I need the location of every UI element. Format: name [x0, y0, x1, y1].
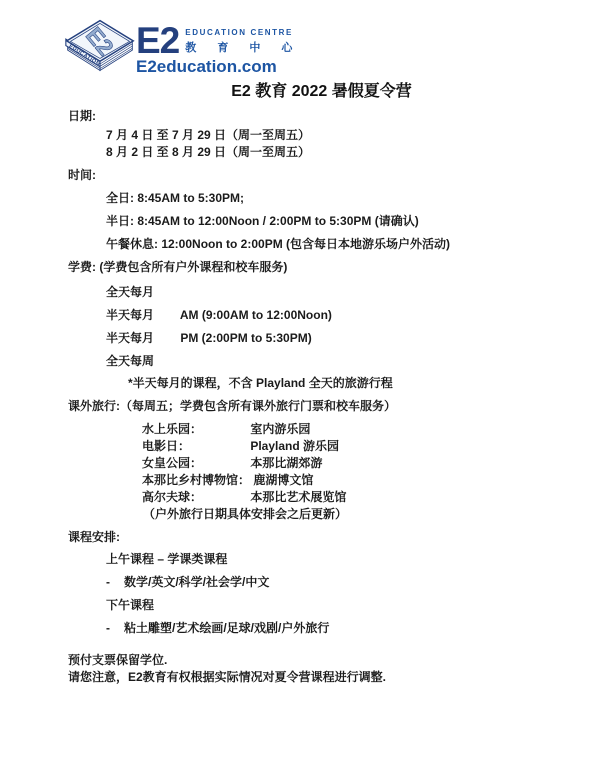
bullet-dash: - — [106, 574, 124, 591]
date-line: 7 月 4 日 至 7 月 29 日（周一至周五） — [106, 127, 600, 144]
fee-label: 半天每月 — [106, 307, 177, 324]
trip-name: 本那比乡村博物馆： — [142, 472, 250, 489]
trip-destination: 本那比湖郊游 — [250, 456, 322, 470]
trip-destination: Playland 游乐园 — [250, 439, 339, 453]
fee-label: 半天每月 — [106, 330, 177, 347]
trip-row: 女皇公园： 本那比湖郊游 — [142, 455, 600, 472]
fees-row: 全天每月 — [106, 284, 600, 301]
schedule-group-title: 上午课程 – 学课类课程 — [106, 551, 600, 568]
section-heading-schedule: 课程安排: — [68, 529, 600, 546]
trip-row: 本那比乡村博物馆： 鹿湖博文馆 — [142, 472, 600, 489]
bullet-dash: - — [106, 620, 124, 637]
trip-name: 水上乐园： — [142, 421, 247, 438]
fee-label: 全天每月 — [106, 284, 177, 301]
schedule-group: 下午课程 -粘土雕塑/艺术绘画/足球/戏剧/户外旅行 — [0, 597, 600, 637]
trip-row: 水上乐园： 室内游乐园 — [142, 421, 600, 438]
schedule-group-title: 下午课程 — [106, 597, 600, 614]
schedule-bullet-text: 粘土雕塑/艺术绘画/足球/戏剧/户外旅行 — [124, 621, 329, 635]
footer-line-disclaimer: 请您注意，E2教育有权根据实际情况对夏令营课程进行调整. — [68, 669, 600, 686]
logo-website-text: E2education.com — [136, 57, 301, 77]
schedule-bullet-text: 数学/英文/科学/社会学/中文 — [124, 575, 269, 589]
section-heading-trips: 课外旅行:（每周五；学费包含所有课外旅行门票和校车服务） — [68, 398, 600, 415]
fees-row: 全天每周 — [106, 353, 600, 370]
time-line: 半日: 8:45AM to 12:00Noon / 2:00PM to 5:30… — [106, 213, 600, 230]
trip-name: 女皇公园： — [142, 455, 247, 472]
fees-rows: 全天每月 半天每月 AM (9:00AM to 12:00Noon) 半天每月 … — [106, 284, 600, 370]
section-heading-date: 日期: — [68, 108, 600, 125]
document-page: EDUCATION E2 E2 EDUCATION CENTRE 教 育 中 心… — [0, 0, 600, 776]
section-heading-fees: 学费: (学费包含所有户外课程和校车服务) — [68, 259, 600, 276]
fee-detail: PM (2:00PM to 5:30PM) — [180, 331, 311, 345]
logo-book-icon: EDUCATION E2 — [64, 18, 136, 86]
section-heading-time: 时间: — [68, 167, 600, 184]
trips-rows: 水上乐园： 室内游乐园 电影日： Playland 游乐园 女皇公园： 本那比湖… — [142, 421, 600, 506]
trip-name: 高尔夫球： — [142, 489, 247, 506]
logo-e2-wordmark: E2 — [136, 26, 179, 56]
logo-tagline-chinese: 教 育 中 心 — [185, 39, 301, 55]
fees-row: 半天每月 AM (9:00AM to 12:00Noon) — [106, 307, 600, 324]
fee-detail: AM (9:00AM to 12:00Noon) — [180, 308, 332, 322]
fees-note: *半天每月的课程，不含 Playland 全天的旅游行程 — [128, 375, 600, 392]
fee-label: 全天每周 — [106, 353, 177, 370]
fees-row: 半天每月 PM (2:00PM to 5:30PM) — [106, 330, 600, 347]
logo-tagline-english: EDUCATION CENTRE — [185, 28, 301, 37]
time-lines: 全日: 8:45AM to 5:30PM; 半日: 8:45AM to 12:0… — [106, 190, 600, 253]
logo-text: E2 EDUCATION CENTRE 教 育 中 心 E2education.… — [136, 26, 301, 77]
logo: EDUCATION E2 E2 EDUCATION CENTRE 教 育 中 心… — [64, 18, 301, 86]
footer-line-deposit: 预付支票保留学位. — [68, 652, 600, 669]
trip-destination: 室内游乐园 — [250, 422, 310, 436]
trip-row: 高尔夫球： 本那比艺术展览馆 — [142, 489, 600, 506]
schedule-group: 上午课程 – 学课类课程 -数学/英文/科学/社会学/中文 — [0, 551, 600, 591]
trip-name: 电影日： — [142, 438, 247, 455]
trip-destination: 本那比艺术展览馆 — [250, 490, 346, 504]
time-line: 午餐休息: 12:00Noon to 2:00PM (包含每日本地游乐场户外活动… — [106, 236, 600, 253]
footer-notes: 预付支票保留学位. 请您注意，E2教育有权根据实际情况对夏令营课程进行调整. — [68, 652, 600, 686]
schedule-bullet-line: -粘土雕塑/艺术绘画/足球/戏剧/户外旅行 — [106, 620, 600, 637]
trips-note: （户外旅行日期具体安排会之后更新） — [143, 506, 600, 523]
trip-destination: 鹿湖博文馆 — [253, 473, 313, 487]
time-line: 全日: 8:45AM to 5:30PM; — [106, 190, 600, 207]
date-lines: 7 月 4 日 至 7 月 29 日（周一至周五） 8 月 2 日 至 8 月 … — [106, 127, 600, 161]
date-line: 8 月 2 日 至 8 月 29 日（周一至周五） — [106, 144, 600, 161]
schedule-bullet-line: -数学/英文/科学/社会学/中文 — [106, 574, 600, 591]
trip-row: 电影日： Playland 游乐园 — [142, 438, 600, 455]
schedule-groups: 上午课程 – 学课类课程 -数学/英文/科学/社会学/中文 下午课程 -粘土雕塑… — [0, 551, 600, 637]
